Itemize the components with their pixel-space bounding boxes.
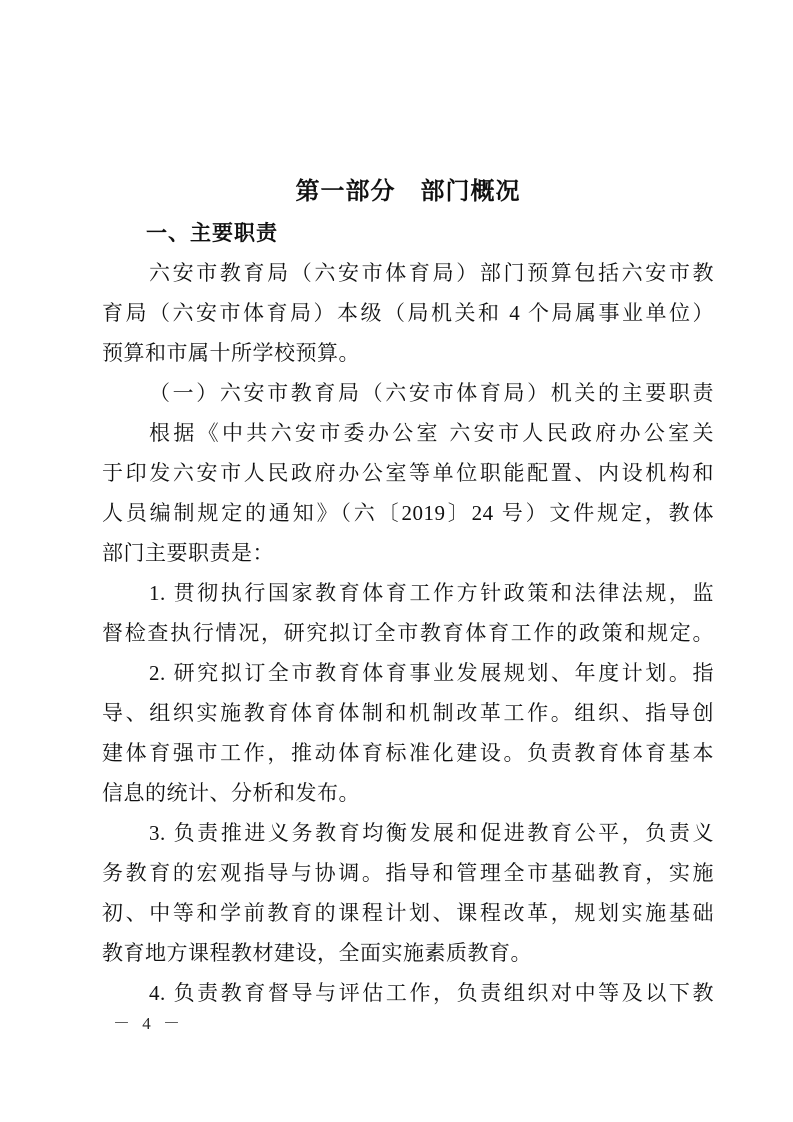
text-line: 人员编制规定的通知》（六〔2019〕24 号）文件规定，教体 bbox=[102, 493, 714, 533]
text-line: 部门主要职责是： bbox=[102, 533, 714, 573]
text-line: 于印发六安市人民政府办公室等单位职能配置、内设机构和 bbox=[102, 453, 714, 493]
section-heading: 一、主要职责 bbox=[146, 214, 278, 254]
text-line: 信息的统计、分析和发布。 bbox=[102, 773, 714, 813]
text-line: （一）六安市教育局（六安市体育局）机关的主要职责 bbox=[102, 373, 714, 413]
text-line: 2. 研究拟订全市教育体育事业发展规划、年度计划。指 bbox=[102, 653, 714, 693]
document-page: 第一部分 部门概况 一、主要职责 六安市教育局（六安市体育局）部门预算包括六安市… bbox=[0, 0, 793, 1122]
text-line: 教育地方课程教材建设，全面实施素质教育。 bbox=[102, 933, 714, 973]
text-line: 3. 负责推进义务教育均衡发展和促进教育公平，负责义 bbox=[102, 813, 714, 853]
document-body: 六安市教育局（六安市体育局）部门预算包括六安市教育局（六安市体育局）本级（局机关… bbox=[102, 253, 714, 1013]
text-line: 预算和市属十所学校预算。 bbox=[102, 333, 714, 373]
text-line: 六安市教育局（六安市体育局）部门预算包括六安市教 bbox=[102, 253, 714, 293]
text-line: 4. 负责教育督导与评估工作，负责组织对中等及以下教 bbox=[102, 973, 714, 1013]
text-line: 建体育强市工作，推动体育标准化建设。负责教育体育基本 bbox=[102, 733, 714, 773]
page-number: － 4 － bbox=[113, 1012, 184, 1036]
text-line: 育局（六安市体育局）本级（局机关和 4 个局属事业单位） bbox=[102, 293, 714, 333]
text-line: 初、中等和学前教育的课程计划、课程改革，规划实施基础 bbox=[102, 893, 714, 933]
text-line: 督检查执行情况，研究拟订全市教育体育工作的政策和规定。 bbox=[102, 613, 714, 653]
text-line: 导、组织实施教育体育体制和机制改革工作。组织、指导创 bbox=[102, 693, 714, 733]
page-title: 第一部分 部门概况 bbox=[102, 172, 714, 212]
text-line: 1. 贯彻执行国家教育体育工作方针政策和法律法规，监 bbox=[102, 573, 714, 613]
text-line: 务教育的宏观指导与协调。指导和管理全市基础教育，实施 bbox=[102, 853, 714, 893]
text-line: 根据《中共六安市委办公室 六安市人民政府办公室关 bbox=[102, 413, 714, 453]
